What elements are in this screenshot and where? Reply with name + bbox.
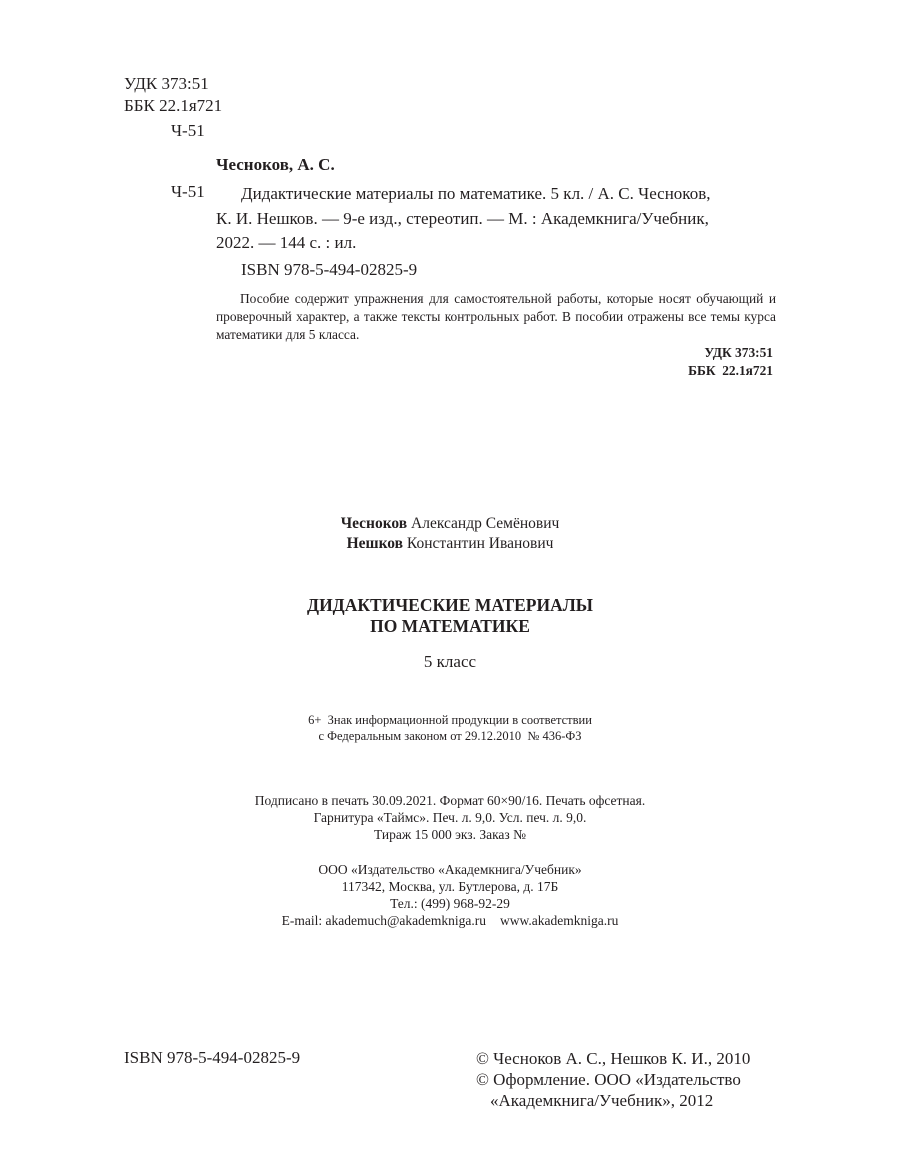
record-description-line: Дидактические материалы по математике. 5…: [241, 182, 710, 206]
print-detail-line: Подписано в печать 30.09.2021. Формат 60…: [0, 792, 900, 809]
footer-isbn: ISBN 978-5-494-02825-9: [124, 1048, 300, 1068]
copyright-line: © Чесноков А. С., Нешков К. И., 2010: [476, 1048, 750, 1069]
author-sign: Ч-51: [171, 120, 205, 142]
annotation-text: Пособие содержит упражнения для самостоя…: [216, 290, 776, 344]
title-line: ПО МАТЕМАТИКЕ: [0, 616, 900, 637]
copyright-line: «Академкнига/Учебник», 2012: [476, 1090, 750, 1111]
record-author-heading: Чесноков, А. С.: [216, 155, 335, 175]
author-line: Чесноков Александр Семёнович: [0, 514, 900, 534]
annotation: Пособие содержит упражнения для самостоя…: [216, 290, 776, 344]
publisher-contacts: E-mail: akademuch@akademkniga.ruwww.akad…: [0, 912, 900, 929]
print-details: Подписано в печать 30.09.2021. Формат 60…: [0, 792, 900, 843]
author-given-names: Александр Семёнович: [411, 515, 559, 532]
record-author-sign: Ч-51: [171, 182, 205, 202]
publisher-email[interactable]: E-mail: akademuch@akademkniga.ru: [282, 913, 486, 928]
publisher-info: ООО «Издательство «Академкнига/Учебник» …: [0, 861, 900, 929]
print-detail-line: Гарнитура «Таймс». Печ. л. 9,0. Усл. печ…: [0, 809, 900, 826]
age-rating-line: 6+ Знак информационной продукции в соотв…: [0, 712, 900, 728]
publisher-name: ООО «Издательство «Академкнига/Учебник»: [0, 861, 900, 878]
title-line: ДИДАКТИЧЕСКИЕ МАТЕРИАЛЫ: [0, 595, 900, 616]
udk-code: УДК 373:51: [124, 73, 209, 95]
annotation-bbk: ББК 22.1я721: [688, 363, 773, 379]
publisher-address: 117342, Москва, ул. Бутлерова, д. 17Б: [0, 878, 900, 895]
record-description-line: К. И. Нешков. — 9-е изд., стереотип. — М…: [216, 207, 709, 231]
authors-block: Чесноков Александр Семёнович Нешков Конс…: [0, 514, 900, 554]
book-title: ДИДАКТИЧЕСКИЕ МАТЕРИАЛЫ ПО МАТЕМАТИКЕ: [0, 595, 900, 637]
print-detail-line: Тираж 15 000 экз. Заказ №: [0, 826, 900, 843]
age-rating-notice: 6+ Знак информационной продукции в соотв…: [0, 712, 900, 744]
bbk-code: ББК 22.1я721: [124, 95, 222, 117]
author-line: Нешков Константин Иванович: [0, 534, 900, 554]
grade-label: 5 класс: [0, 652, 900, 672]
record-description-line: 2022. — 144 с. : ил.: [216, 231, 356, 255]
publisher-phone: Тел.: (499) 968-92-29: [0, 895, 900, 912]
publisher-website[interactable]: www.akademkniga.ru: [500, 913, 618, 928]
copyright-line: © Оформление. ООО «Издательство: [476, 1069, 750, 1090]
copyright-block: © Чесноков А. С., Нешков К. И., 2010 © О…: [476, 1048, 750, 1111]
author-given-names: Константин Иванович: [407, 535, 554, 552]
annotation-udk: УДК 373:51: [704, 345, 773, 361]
record-isbn: ISBN 978-5-494-02825-9: [241, 260, 417, 280]
age-rating-line: с Федеральным законом от 29.12.2010 № 43…: [0, 728, 900, 744]
author-surname: Чесноков: [341, 515, 407, 532]
author-surname: Нешков: [347, 535, 403, 552]
